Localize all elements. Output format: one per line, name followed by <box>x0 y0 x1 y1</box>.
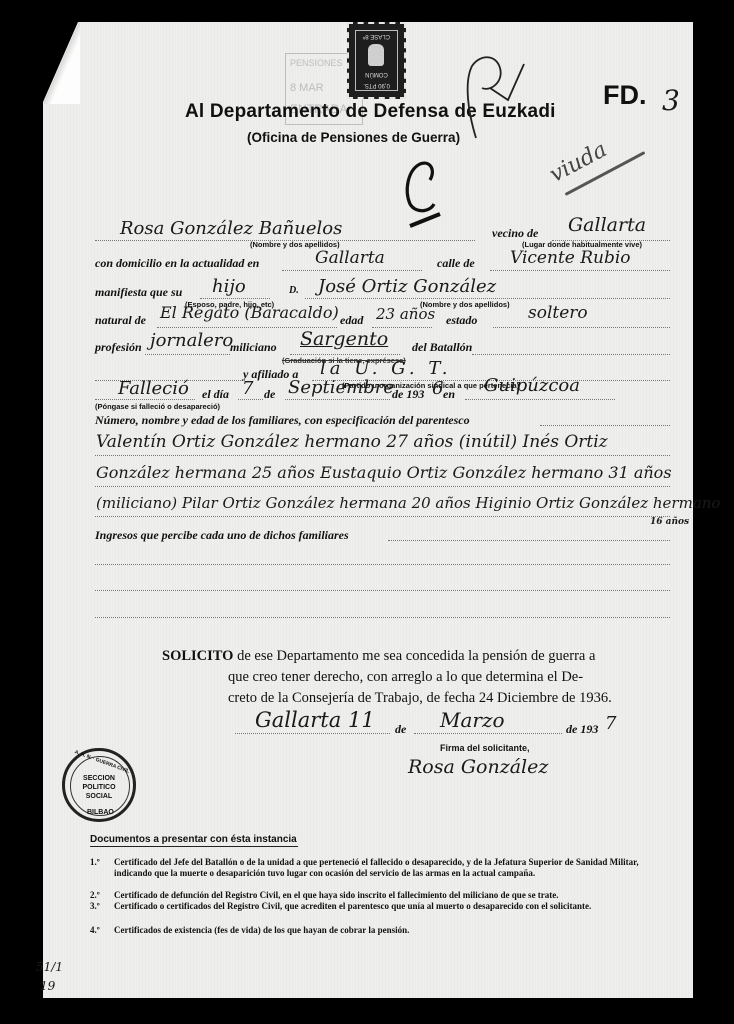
domicilio-label: con domicilio en la actualidad en <box>95 256 259 271</box>
request-place: Gallarta <box>255 708 341 732</box>
tax-stamp: 0,90 PTS. COMÚN CLASE 8ª <box>347 22 406 99</box>
request-year-label: de 193 <box>566 722 598 737</box>
document-item-text: Certificado o certificados del Registro … <box>114 901 674 912</box>
firma-label: Firma del solicitante, <box>440 743 530 753</box>
deceased-name: José Ortiz González <box>318 276 496 297</box>
edad-label: edad <box>340 313 363 328</box>
documents-heading: Documentos a presentar con ésta instanci… <box>90 834 298 847</box>
document-item-number: 3.º <box>90 901 100 912</box>
tax-stamp-class: CLASE 8ª <box>363 33 390 39</box>
document-item-number: 2.º <box>90 890 100 901</box>
request-line-3: creto de la Consejería de Trabajo, de fe… <box>228 688 612 708</box>
annotation-r-mark <box>460 52 540 142</box>
dia-value: 7 <box>242 378 253 399</box>
rank-value: Sargento <box>300 328 388 350</box>
solicito-word: SOLICITO <box>162 648 233 664</box>
request-line-1: SOLICITO de ese Departamento me sea conc… <box>162 646 595 666</box>
month-value: Septiembre <box>288 377 394 398</box>
manifiesta-label: manifiesta que su <box>95 285 182 300</box>
document-item-number: 1.º <box>90 857 100 868</box>
document-item-2: 2.º Certificado de defunción del Registr… <box>90 890 690 901</box>
familiares-line-2: González hermana 25 años Eustaquio Ortiz… <box>96 463 672 482</box>
form-code-number: 3 <box>662 84 680 117</box>
document-item-3: 3.º Certificado o certificados del Regis… <box>90 901 690 923</box>
de-label: de <box>264 387 275 402</box>
familiares-line-3: (miliciano) Pilar Ortiz González hermana… <box>96 494 720 512</box>
status-value: Falleció <box>118 378 189 399</box>
document-item-4: 4.º Certificados de existencia (fes de v… <box>90 925 690 936</box>
folded-corner-edge <box>44 22 80 104</box>
estado-label: estado <box>446 313 477 328</box>
year-label: de 193 <box>392 387 424 402</box>
archive-ref-line-2: 19 <box>40 979 55 993</box>
seal-rim-bottom: BILBAO <box>87 809 114 816</box>
status-caption: (Póngase si falleció o desapareció) <box>95 402 220 411</box>
don-label: D. <box>289 285 299 296</box>
calle-value: Vicente Rubio <box>510 248 631 268</box>
document-item-text: Certificado de defunción del Registro Ci… <box>114 890 674 901</box>
request-day: 11 <box>348 708 375 732</box>
request-line-1-text: de ese Departamento me sea concedida la … <box>237 648 595 664</box>
natural-value: El Regato (Baracaldo) <box>160 303 339 322</box>
archive-ref-line-1: 51/1 <box>36 960 63 974</box>
seal-line-2: POLITICO <box>65 783 133 792</box>
edad-value: 23 años <box>376 305 435 323</box>
document-item-1: 1.º Certificado del Jefe del Batallón o … <box>90 857 690 890</box>
place-value: Guipúzcoa <box>484 375 580 396</box>
year-digit: 6 <box>432 378 443 399</box>
vecino-label: vecino de <box>492 226 538 241</box>
afiliado-value: la U. G. T. <box>320 358 451 379</box>
annotation-c-mark <box>390 150 450 230</box>
request-year-digit: 7 <box>605 713 616 734</box>
applicant-name: Rosa González Bañuelos <box>120 218 342 239</box>
familiares-label: Número, nombre y edad de los familiares,… <box>95 413 470 428</box>
archive-seal: A. H. N. · GUERRA CIVIL SECCION POLITICO… <box>62 748 136 822</box>
natural-label: natural de <box>95 313 146 328</box>
dia-label: el día <box>202 387 229 402</box>
profesion-label: profesión <box>95 340 142 355</box>
document-subtitle: (Oficina de Pensiones de Guerra) <box>247 130 460 145</box>
document-item-text: Certificado del Jefe del Batallón o de l… <box>114 857 674 879</box>
relation-value: hijo <box>212 276 246 297</box>
vecino-value: Gallarta <box>568 214 646 236</box>
request-month: Marzo <box>440 708 505 732</box>
tax-stamp-value: 0,90 PTS. <box>363 82 390 88</box>
estado-value: soltero <box>528 303 588 323</box>
en-label: en <box>443 387 455 402</box>
seal-line-1: SECCION <box>65 774 133 783</box>
calle-label: calle de <box>437 256 475 271</box>
domicilio-value: Gallarta <box>315 248 385 268</box>
request-de-label: de <box>395 722 406 737</box>
applicant-signature: Rosa González <box>408 756 548 778</box>
request-line-2: que creo tener derecho, con arreglo a lo… <box>228 667 583 687</box>
tax-stamp-type: COMÚN <box>365 71 388 77</box>
familiares-line-4: 16 años <box>650 517 689 527</box>
form-code: FD. <box>603 80 647 111</box>
miliciano-label: miliciano <box>230 340 277 355</box>
seal-line-3: SOCIAL <box>65 792 133 801</box>
coat-of-arms-icon <box>369 44 385 66</box>
document-item-text: Certificados de existencia (fes de vida)… <box>114 925 674 936</box>
batallon-label: del Batallón <box>412 340 472 355</box>
profesion-value: jornalero <box>150 330 233 351</box>
ingresos-label: Ingresos que percibe cada uno de dichos … <box>95 528 349 543</box>
familiares-line-1: Valentín Ortiz González hermano 27 años … <box>96 432 608 452</box>
document-item-number: 4.º <box>90 925 100 936</box>
